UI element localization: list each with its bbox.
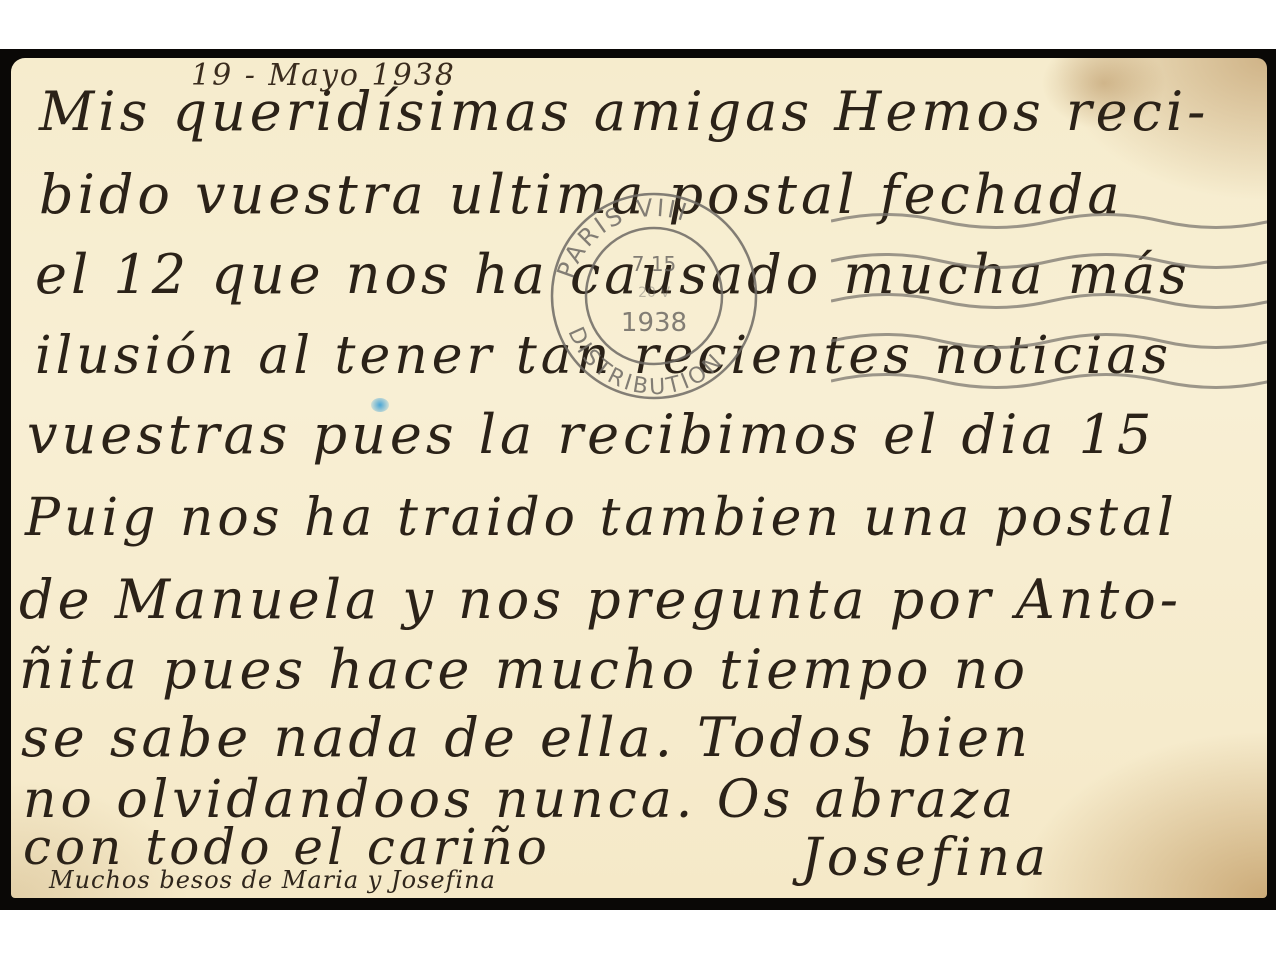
postscript: Muchos besos de Maria y Josefina (49, 866, 496, 894)
letter-line-6: Puig nos ha traido tambien una postal (25, 488, 1178, 548)
letter-line-7: de Manuela y nos pregunta por Anto- (19, 568, 1182, 631)
blue-ink-spot (371, 398, 389, 412)
signature: Josefina (801, 828, 1051, 888)
letter-line-3: el 12 que nos ha causado mucha más (35, 243, 1191, 306)
letter-line-8: ñita pues hace mucho tiempo no (19, 638, 1029, 701)
letter-line-9: se sabe nada de ella. Todos bien (21, 706, 1032, 769)
letter-line-4: ilusión al tener tan recientes noticias (35, 326, 1172, 386)
postcard: 19 - Mayo 1938 Mis queridísimas amigas H… (11, 58, 1267, 898)
letter-line-5: vuestras pues la recibimos el dia 15 (27, 403, 1155, 466)
letter-line-1: Mis queridísimas amigas Hemos reci- (39, 80, 1209, 143)
letter-line-2: bido vuestra ultima postal fechada (39, 163, 1124, 226)
